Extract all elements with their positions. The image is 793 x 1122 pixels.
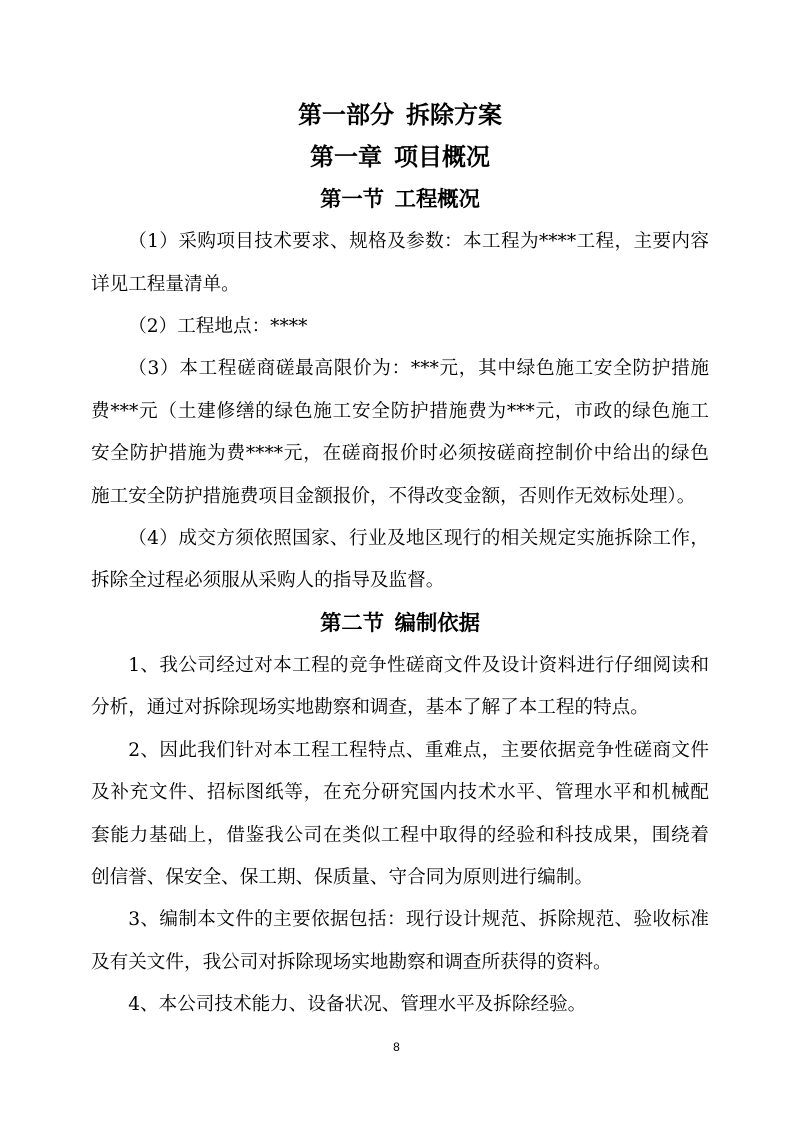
paragraph: 2、因此我们针对本工程工程特点、重难点，主要依据竞争性磋商文件 及补充文件、招标… (91, 730, 709, 900)
paragraph-line: 施工安全防护措施费项目金额报价，不得改变金额，否则作无效标处理）。 (91, 476, 709, 518)
section-title-number: 第一节 (320, 187, 384, 212)
page-number: 8 (0, 1039, 793, 1055)
chapter-title-text: 项目概况 (394, 143, 490, 171)
paragraph-line: （2）工程地点：**** (91, 306, 709, 348)
section-title-number: 第二节 (320, 611, 384, 636)
paragraph-line: 及有关文件，我公司对拆除现场实地勘察和调查所获得的资料。 (91, 942, 709, 984)
paragraph: （4）成交方须依照国家、行业及地区现行的相关规定实施拆除工作， 拆除全过程必须服… (91, 518, 709, 603)
paragraph: （2）工程地点：**** (91, 306, 709, 348)
paragraph-line: 套能力基础上，借鉴我公司在类似工程中取得的经验和科技成果，围绕着 (91, 815, 709, 857)
paragraph: 3、编制本文件的主要依据包括：现行设计规范、拆除规范、验收标准 及有关文件，我公… (91, 899, 709, 984)
paragraph: 1、我公司经过对本工程的竞争性磋商文件及设计资料进行仔细阅读和 分析，通过对拆除… (91, 645, 709, 730)
paragraph-line: （4）成交方须依照国家、行业及地区现行的相关规定实施拆除工作， (91, 518, 709, 560)
paragraph-line: 及补充文件、招标图纸等，在充分研究国内技术水平、管理水平和机械配 (91, 772, 709, 814)
paragraph: （3）本工程磋商磋最高限价为：***元，其中绿色施工安全防护措施 费***元（土… (91, 348, 709, 518)
paragraph-line: （3）本工程磋商磋最高限价为：***元，其中绿色施工安全防护措施 (91, 348, 709, 390)
paragraph-line: 分析，通过对拆除现场实地勘察和调查，基本了解了本工程的特点。 (91, 687, 709, 729)
paragraph-line: 3、编制本文件的主要依据包括：现行设计规范、拆除规范、验收标准 (91, 899, 709, 941)
paragraph-line: 创信誉、保安全、保工期、保质量、守合同为原则进行编制。 (91, 857, 709, 899)
paragraph: （1）采购项目技术要求、规格及参数：本工程为****工程，主要内容 详见工程量清… (91, 221, 709, 306)
paragraph-line: 1、我公司经过对本工程的竞争性磋商文件及设计资料进行仔细阅读和 (91, 645, 709, 687)
paragraph-line: 详见工程量清单。 (91, 264, 709, 306)
section-title: 第二节编制依据 (91, 603, 709, 645)
page-content: 第一部分拆除方案 第一章项目概况 第一节工程概况 （1）采购项目技术要求、规格及… (91, 94, 709, 1027)
section-title-text: 工程概况 (395, 187, 480, 212)
paragraph-line: 2、因此我们针对本工程工程特点、重难点，主要依据竞争性磋商文件 (91, 730, 709, 772)
paragraph-line: （1）采购项目技术要求、规格及参数：本工程为****工程，主要内容 (91, 221, 709, 263)
paragraph-line: 安全防护措施为费****元，在磋商报价时必须按磋商控制价中给出的绿色 (91, 433, 709, 475)
part-title-text: 拆除方案 (406, 101, 502, 129)
paragraph-line: 费***元（土建修缮的绿色施工安全防护措施费为***元，市政的绿色施工 (91, 391, 709, 433)
paragraph-line: 4、本公司技术能力、设备状况、管理水平及拆除经验。 (91, 984, 709, 1026)
part-title: 第一部分拆除方案 (91, 94, 709, 136)
paragraph-line: 拆除全过程必须服从采购人的指导及监督。 (91, 560, 709, 602)
section-title-text: 编制依据 (395, 611, 480, 636)
section-title: 第一节工程概况 (91, 179, 709, 221)
chapter-title: 第一章项目概况 (91, 136, 709, 178)
document-page: 第一部分拆除方案 第一章项目概况 第一节工程概况 （1）采购项目技术要求、规格及… (0, 0, 793, 1122)
chapter-title-number: 第一章 (310, 143, 382, 171)
part-title-number: 第一部分 (298, 101, 394, 129)
paragraph: 4、本公司技术能力、设备状况、管理水平及拆除经验。 (91, 984, 709, 1026)
